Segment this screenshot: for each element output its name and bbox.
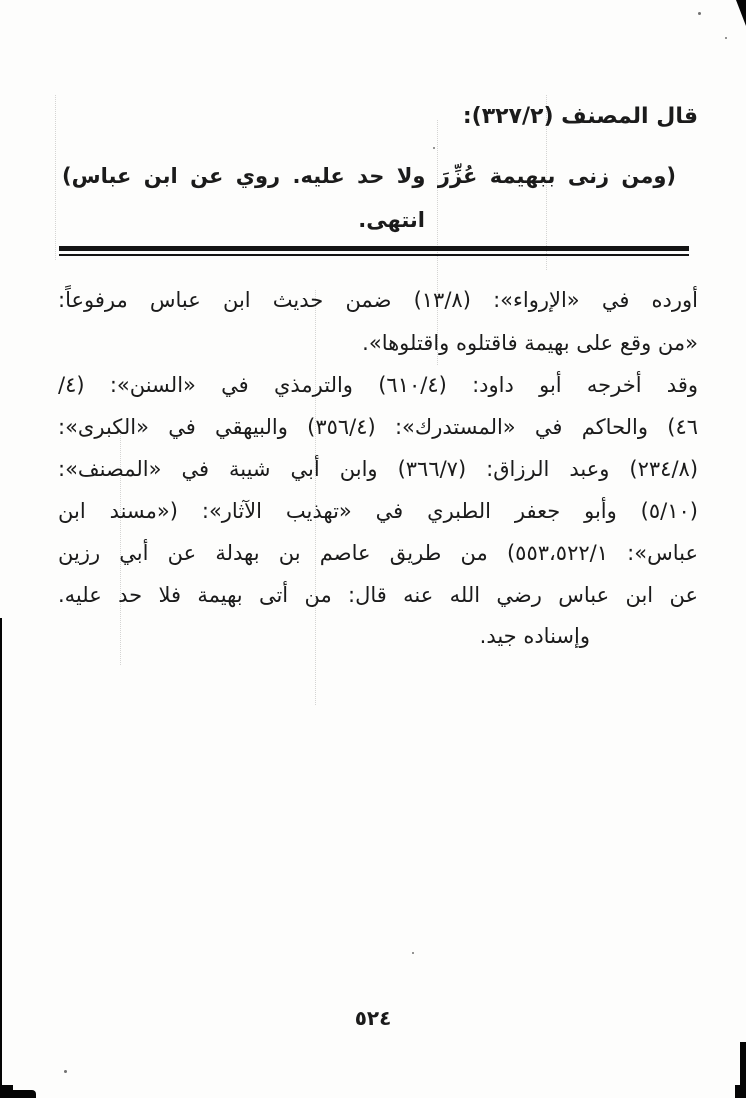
scan-edge-bottom-right	[735, 1085, 746, 1098]
scan-speck	[433, 147, 435, 149]
takhrij-p2-line-2: ٤٦) والحاكم في «المستدرك»: (٣٥٦/٤) والبي…	[58, 411, 698, 444]
scan-fold-line	[315, 290, 316, 705]
scanned-book-page: قال المصنف (٣٢٧/٢): (ومن زنى ببهيمة عُزِ…	[0, 0, 746, 1098]
takhrij-p1-line-1: أورده في «الإرواء»: (١٣/٨) ضمن حديث ابن …	[58, 284, 698, 317]
matn-line-2: انتهى.	[358, 204, 425, 237]
takhrij-p2-line-7: وإسناده جيد.	[480, 620, 590, 653]
takhrij-p2-line-5: عباس»: ⁦٥٥٣،٥٢٢/١⁩) من طريق عاصم بن بهدل…	[58, 537, 698, 570]
scan-speck	[64, 1070, 67, 1073]
scan-fold-line	[55, 95, 56, 260]
scan-speck	[412, 952, 414, 954]
takhrij-p1-line-2: «من وقع على بهيمة فاقتلوه واقتلوها».	[362, 327, 698, 360]
takhrij-p2-line-1: وقد أخرجه أبو داود: (٦١٠/٤) والترمذي في …	[58, 369, 698, 402]
page-number: ٥٢٤	[0, 1003, 746, 1034]
page-heading: قال المصنف (٣٢٧/٢):	[463, 100, 698, 134]
scan-fold-line	[546, 95, 547, 270]
takhrij-p2-line-6: عن ابن عباس رضي الله عنه قال: من أتى بهي…	[58, 579, 698, 612]
scan-fold-line	[437, 120, 438, 365]
takhrij-p2-line-4: (٥/١٠) وأبو جعفر الطبري في «تهذيب الآثار…	[58, 495, 698, 528]
scan-edge-left-hairline	[0, 618, 2, 1098]
scan-fold-line	[120, 430, 121, 665]
scan-speck	[725, 37, 727, 39]
separator-double-rule	[59, 246, 689, 256]
takhrij-p2-line-3: (٢٣٤/٨) وعبد الرزاق: (٣٦٦/٧) وابن أبي شي…	[58, 453, 698, 486]
scan-edge-top-right	[736, 0, 746, 26]
scan-speck	[698, 12, 701, 15]
matn-line-1: (ومن زنى ببهيمة عُزِّرَ ولا حد عليه. روي…	[62, 160, 676, 193]
